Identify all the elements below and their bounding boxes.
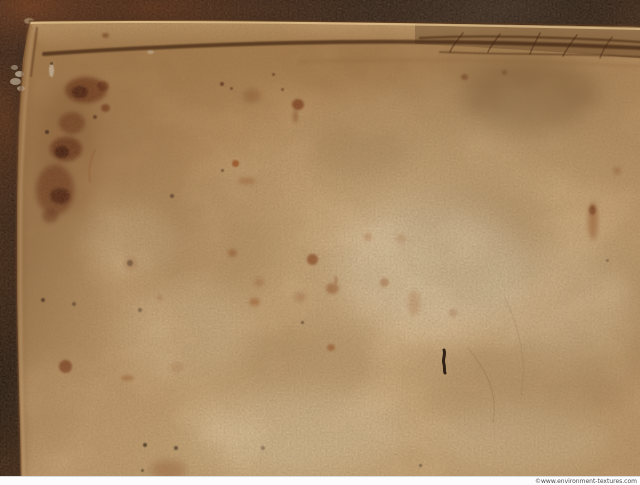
crease-path — [505, 298, 523, 396]
crease-path — [89, 150, 95, 182]
crease-path — [443, 350, 445, 373]
watermark-strip: ©www.environment-textures.com — [0, 476, 640, 485]
watermark-text: ©www.environment-textures.com — [535, 478, 640, 485]
crease-path — [300, 60, 640, 66]
crease-svg — [0, 0, 640, 485]
crease-path — [440, 52, 640, 57]
texture-photo: ©www.environment-textures.com — [0, 0, 640, 485]
crease-path — [44, 42, 640, 54]
crease-path — [468, 348, 494, 422]
crease-path — [31, 22, 640, 29]
crease-path — [22, 32, 32, 477]
